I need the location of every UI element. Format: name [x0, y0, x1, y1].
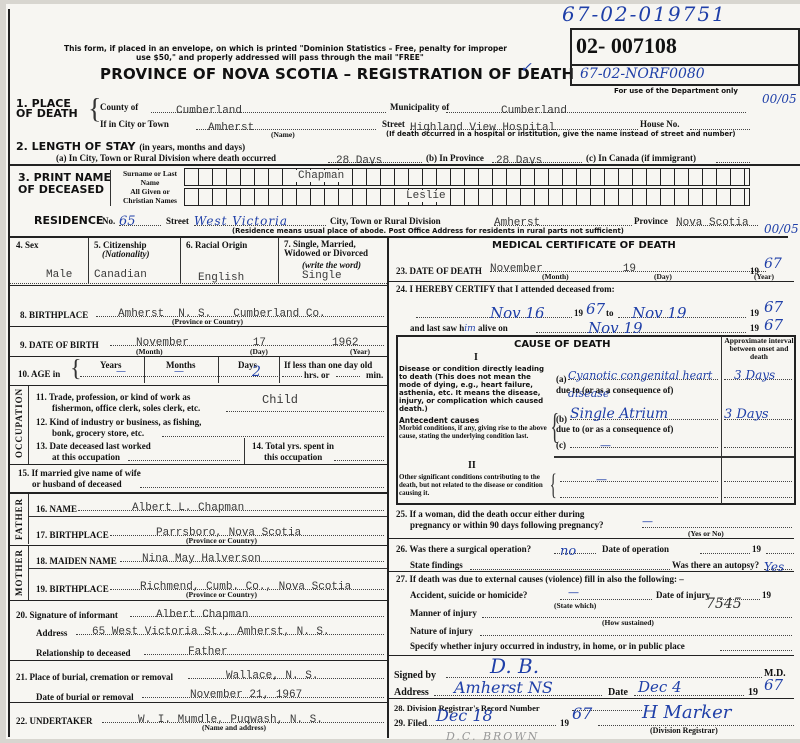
left-border — [8, 9, 10, 737]
attended-to-field[interactable]: Nov 19 — [618, 304, 746, 318]
maiden-name-label: 18. MAIDEN NAME — [36, 556, 117, 566]
q26-autopsy-label: Was there an autopsy? — [672, 560, 759, 570]
divider — [8, 326, 387, 327]
father-name-value: Albert L. Chapman — [132, 502, 244, 514]
q25-sub: pregnancy or within 90 days following pr… — [410, 520, 604, 530]
other-conditions-field-2[interactable] — [560, 488, 718, 498]
filed-year-prefix: 19 — [560, 718, 569, 728]
cause-c-prefix: (c) — [556, 440, 566, 450]
dod-day-caption: (Day) — [654, 272, 672, 281]
dept-number-box: 67-02-NORF0080 — [570, 66, 800, 86]
q27-injury-date-label: Date of injury — [656, 590, 710, 600]
q12-sub: bonk, grocery store, etc. — [52, 428, 144, 438]
stay-a-field[interactable]: 28 Days — [328, 150, 422, 163]
q26-date-field[interactable] — [700, 542, 750, 554]
undertaker-caption: (Name and address) — [202, 723, 266, 732]
q26-year-field[interactable] — [766, 542, 794, 554]
cause-b-interval-field[interactable]: 3 Days — [724, 405, 792, 420]
place-of-death-label: 1. PLACE OF DEATH — [16, 99, 86, 119]
spouse-label: 15. If married give name of wife — [18, 468, 141, 478]
from-year-prefix: 19 — [574, 308, 583, 318]
q29-label: 29. Filed — [394, 718, 427, 728]
cause-b-field[interactable]: Single Atrium — [570, 405, 718, 420]
q14-field[interactable] — [334, 452, 384, 461]
divider — [8, 164, 800, 166]
residence-province-field[interactable]: Nova Scotia — [676, 212, 758, 226]
header-notice-1: This form, if placed in an envelope, on … — [64, 44, 507, 53]
signature-address-field[interactable]: Amherst NS — [434, 682, 602, 696]
informant-address-value: 65 West Victoria St., Amherst, N. S. — [92, 626, 330, 638]
registration-number-box: 02- 007108 — [570, 28, 800, 66]
q27-accident-field[interactable]: — — [560, 588, 652, 600]
cause-a-interval: 3 Days — [734, 368, 775, 382]
divider — [180, 238, 181, 284]
registration-number: 02- 007108 — [576, 33, 677, 59]
burial-date-label: Date of burial or removal — [36, 692, 134, 702]
divider — [110, 170, 111, 206]
min-label: min. — [366, 370, 383, 380]
page-title: PROVINCE OF NOVA SCOTIA – REGISTRATION O… — [100, 65, 574, 83]
divider — [88, 238, 89, 284]
medical-certificate-title: MEDICAL CERTIFICATE OF DEATH — [492, 240, 676, 251]
attended-from-field[interactable]: Nov 16 — [416, 304, 572, 318]
cause-b-interval: 3 Days — [724, 407, 769, 422]
father-name-label: 16. NAME — [36, 504, 77, 514]
cause-of-death-title: CAUSE OF DEATH — [514, 339, 611, 350]
divider — [244, 438, 245, 464]
last-saw-year-prefix: 19 — [750, 323, 759, 333]
signature-date-label: Date — [608, 687, 628, 698]
stamp-text: D.C. BROWN — [446, 730, 539, 743]
age-months-value[interactable]: — — [174, 366, 184, 377]
divider — [8, 660, 387, 661]
residence-street-value: West Victoria — [194, 214, 288, 228]
birthplace-label: 8. BIRTHPLACE — [20, 310, 88, 320]
marital-label: 7. Single, Married, Widowed or Divorced — [284, 240, 384, 258]
q13-label: 13. Date deceased last worked — [36, 441, 151, 451]
divider — [28, 386, 29, 464]
residence-province-value: Nova Scotia — [676, 217, 749, 229]
age-years-value[interactable]: — — [116, 366, 126, 377]
divider — [144, 357, 145, 383]
q26-label: 26. Was there a surgical operation? — [396, 544, 531, 554]
divider — [28, 516, 387, 517]
q27-manner-label: Manner of injury — [410, 608, 477, 618]
marital-value[interactable]: Single — [302, 270, 342, 282]
divider — [279, 357, 280, 383]
maiden-name-field[interactable]: Nina May Halverson — [120, 548, 384, 562]
given-names-boxes[interactable] — [184, 188, 750, 206]
birthplace-caption: (Province or Country) — [172, 317, 243, 326]
divider — [389, 655, 794, 656]
header-notice-2: use $50," and properly addressed will pa… — [136, 53, 424, 62]
cause-c-field[interactable]: — — [570, 436, 718, 448]
relationship-field[interactable]: Father — [144, 641, 384, 655]
cause-b-value: Single Atrium — [570, 406, 668, 422]
informant-label: 20. Signature of informant — [16, 610, 118, 620]
q26-date-label: Date of operation — [602, 544, 669, 554]
signature-address-label: Address — [394, 687, 429, 698]
divider — [28, 546, 29, 600]
signed-by-label: Signed by — [394, 670, 436, 681]
registrar-caption: (Division Registrar) — [650, 726, 718, 735]
city-field[interactable]: Amherst — [196, 117, 376, 130]
citizenship-sub: (Nationality) — [102, 249, 150, 259]
county-label: County of — [100, 102, 138, 112]
spouse-field[interactable] — [140, 479, 384, 488]
father-name-field[interactable]: Albert L. Chapman — [78, 497, 384, 511]
surname-boxes[interactable] — [184, 168, 750, 186]
divider — [8, 464, 387, 465]
surname-value: Chapman — [296, 170, 346, 182]
q13-field[interactable] — [128, 452, 240, 461]
undertaker-field[interactable]: W. I. Mumdle, Puqwash, N. S. — [102, 709, 384, 723]
racial-origin-label: 6. Racial Origin — [186, 240, 247, 250]
father-birthplace-label: 17. BIRTHPLACE — [36, 530, 109, 540]
stay-b-label: (b) In Province — [426, 153, 484, 163]
other-interval-field-2[interactable] — [724, 488, 792, 498]
q27-year-prefix: 19 — [762, 590, 771, 600]
q11-sub: fishermon, office clerk, soles clerk, et… — [52, 403, 200, 413]
divider — [8, 600, 387, 601]
divider — [389, 571, 794, 572]
birthplace-county: Cumberland Co. — [233, 308, 325, 320]
q12-field[interactable] — [162, 427, 384, 437]
mother-side-label: MOTHER — [14, 552, 24, 596]
dod-year[interactable]: 67 — [764, 256, 782, 272]
to-year[interactable]: 67 — [764, 298, 783, 316]
sex-label: 4. Sex — [16, 240, 39, 250]
min-field[interactable] — [336, 376, 360, 377]
q26-year-prefix: 19 — [752, 544, 761, 554]
q27-nature-field[interactable] — [480, 624, 792, 636]
burial-place-field[interactable]: Wallace, N. S. — [188, 665, 384, 679]
divider — [218, 357, 219, 383]
divider — [554, 456, 794, 458]
divider — [8, 236, 788, 238]
burial-place-value: Wallace, N. S. — [226, 670, 318, 682]
other-conditions-label: Other significant conditions contributin… — [399, 473, 549, 497]
divider — [8, 385, 387, 386]
mother-birthplace-field[interactable]: Richmend, Cumb. Co., Nova Scotia — [110, 576, 384, 590]
dod-day: 19 — [623, 263, 636, 275]
residence-label: RESIDENCE — [34, 214, 103, 227]
dod-month: November — [490, 263, 543, 275]
residence-no-label: No. — [102, 216, 115, 226]
name-caption: (Name) — [271, 130, 295, 139]
informant-value: Albert Chapman — [156, 609, 248, 621]
q27-manner-field[interactable] — [482, 606, 792, 618]
birthplace-field[interactable]: Amherst N. S. Cumberland Co. — [96, 303, 384, 317]
dob-day-caption: (Day) — [250, 347, 268, 356]
relationship-label: Relationship to deceased — [36, 648, 131, 658]
q27-nature-label: Nature of injury — [410, 626, 473, 636]
spouse-sub: or husband of deceased — [32, 479, 122, 489]
signature-year-prefix: 19 — [748, 687, 758, 698]
cause-a-prefix: (a) — [556, 374, 567, 384]
relationship-value: Father — [188, 646, 228, 658]
marital-sub: (write the word) — [302, 260, 361, 270]
burial-date-field[interactable]: November 21, 1967 — [142, 684, 384, 698]
sex-value[interactable]: Male — [46, 269, 72, 281]
given-names-label: All Given or Christian Names — [116, 187, 184, 205]
house-no-label: House No. — [640, 119, 680, 129]
divider — [8, 356, 387, 357]
column-divider — [387, 236, 389, 738]
q12-label: 12. Kind of industry or business, as fis… — [36, 417, 201, 427]
residence-province-label: Province — [634, 216, 668, 226]
divider — [389, 698, 794, 699]
q27-specify-label: Specify whether injury occurred in indus… — [410, 641, 685, 651]
municipality-field[interactable]: Cumberland — [446, 100, 746, 113]
street-field[interactable]: Highland View Hospital — [410, 117, 638, 130]
surname-label: Surname or Last Name — [120, 169, 180, 187]
divider — [389, 538, 794, 539]
informant-address-label: Address — [36, 628, 67, 638]
dod-year-caption: (Year) — [754, 272, 774, 281]
institution-note: (If death occurred in a hospital or inst… — [386, 130, 736, 138]
registrar-signature-field[interactable]: H Marker — [598, 714, 794, 726]
last-saw-field[interactable]: Nov 19 — [536, 319, 746, 333]
dod-field[interactable]: November 19 — [490, 258, 766, 272]
q26-findings-field[interactable] — [470, 558, 670, 570]
part-1-label: I — [474, 352, 478, 363]
residence-city-field[interactable]: Amherst — [494, 212, 632, 226]
margin-code-2: 00/05 — [764, 224, 794, 235]
stay-b-field[interactable]: 28 Days — [492, 150, 582, 163]
divider — [721, 336, 722, 504]
residence-city-label: City, Town or Rural Division — [330, 216, 441, 226]
less-than-day-label: If less than one day old — [284, 360, 372, 370]
stay-c-label: (c) In Canada (if immigrant) — [586, 153, 696, 163]
due-to-b: due to (or as a consequence of) — [556, 424, 673, 434]
q26-value: no — [560, 544, 576, 559]
father-side-label: FATHER — [14, 500, 24, 540]
mother-birthplace-caption: (Province or Country) — [186, 590, 257, 599]
q11-value: Child — [262, 393, 298, 407]
signature-date-value: Dec 4 — [638, 678, 682, 696]
mother-birthplace-label: 19. BIRTHPLACE — [36, 584, 109, 594]
residence-street-label: Street — [166, 216, 189, 226]
handwritten-dept-number: 67-02-NORF0080 — [580, 66, 705, 82]
q27-accident-label: Accident, suicide or homicide? — [410, 590, 527, 600]
county-value: Cumberland — [176, 105, 242, 117]
brace: { — [550, 470, 557, 500]
divider — [28, 568, 387, 569]
informant-field[interactable]: Albert Chapman — [130, 604, 384, 617]
street-label: Street — [382, 119, 405, 129]
undertaker-label: 22. UNDERTAKER — [16, 716, 93, 726]
occupation-side-label: OCCUPATION — [14, 392, 24, 458]
other-interval-field-1[interactable] — [724, 470, 792, 482]
q27-specify-field[interactable] — [720, 639, 792, 651]
burial-date-value: November 21, 1967 — [190, 689, 302, 701]
signed-by-field[interactable]: D. B. — [446, 664, 762, 678]
signature-date-field[interactable]: Dec 4 — [634, 682, 744, 696]
city-value: Amherst — [208, 122, 254, 134]
margin-code-1: 00/05 — [762, 94, 792, 105]
age-label: 10. AGE in — [18, 369, 60, 379]
residence-note: (Residence means usual place of abode. P… — [232, 227, 624, 235]
filed-year[interactable]: 67 — [572, 704, 592, 723]
q26-field[interactable]: no — [554, 542, 596, 554]
direct-cause-label: Disease or condition directly leading to… — [399, 365, 549, 413]
municipality-label: Municipality of — [390, 102, 449, 112]
q27-label: 27. If death was due to external causes … — [396, 574, 684, 584]
county-field[interactable]: Cumberland — [151, 100, 386, 113]
divider — [8, 545, 387, 546]
dod-month-caption: (Month) — [542, 272, 569, 281]
stay-a-label: (a) In City, Town or Rural Division wher… — [56, 153, 276, 163]
length-of-stay-label: 2. LENGTH OF STAY (in years, months and … — [16, 140, 245, 153]
filed-date-field[interactable]: Dec 18 — [426, 714, 556, 726]
signature-address-value: Amherst NS — [454, 678, 553, 697]
divider — [8, 285, 387, 286]
divider — [10, 283, 387, 284]
due-to-a: due to (or as a consequence of) — [556, 385, 673, 395]
residence-no-value: 65 — [119, 214, 136, 229]
signature-year[interactable]: 67 — [764, 676, 783, 694]
handwritten-top-number: 67-02-019751 — [562, 2, 727, 26]
q14-label: 14. Total yrs. spent in — [252, 441, 334, 451]
brace: { — [70, 356, 82, 383]
interval-header: Approximate interval between onset and d… — [724, 337, 794, 361]
father-birthplace-field[interactable]: Parrsboro, Nova Scotia — [110, 522, 384, 536]
death-registration-form: This form, if placed in an envelope, on … — [6, 4, 800, 739]
cause-c-interval-field[interactable] — [724, 436, 792, 448]
other-conditions-field-1[interactable]: — — [560, 470, 718, 482]
dob-field[interactable]: November 17 1962 — [110, 332, 384, 346]
city-label: If in City or Town — [100, 119, 169, 129]
dod-label: 23. DATE OF DEATH — [396, 266, 482, 276]
registrar-signature: H Marker — [642, 702, 731, 723]
birthplace-city: Amherst — [118, 308, 164, 320]
divider — [282, 376, 302, 377]
informant-address-field[interactable]: 65 West Victoria St., Amherst, N. S. — [76, 621, 384, 635]
given-names-value: Leslie — [404, 190, 448, 202]
cause-a-interval-field[interactable]: 3 Days — [724, 366, 792, 380]
antecedent-label: Morbid conditions, if any, giving rise t… — [399, 424, 549, 440]
q25-label: 25. If a woman, did the death occur eith… — [396, 509, 584, 519]
father-birthplace-caption: (Province or Country) — [186, 536, 257, 545]
burial-place-label: 21. Place of burial, cremation or remova… — [16, 672, 173, 682]
q25-caption: (Yes or No) — [688, 529, 724, 538]
dob-year-caption: (Year) — [350, 347, 370, 356]
cause-b-prefix: (b) — [556, 414, 567, 424]
dob-label: 9. DATE OF BIRTH — [20, 340, 99, 350]
q27-accident-value: — — [568, 586, 579, 599]
dob-month-caption: (Month) — [136, 347, 163, 356]
last-saw-year[interactable]: 67 — [764, 316, 783, 334]
deceased-name-label: 3. PRINT NAME OF DECEASED — [18, 172, 114, 196]
other-conditions-value: — — [596, 473, 607, 486]
stay-c-field[interactable] — [716, 150, 750, 163]
maiden-name-value: Nina May Halverson — [142, 553, 261, 565]
divider — [278, 238, 279, 284]
municipality-value: Cumberland — [501, 105, 567, 117]
q13-sub: at this occupation — [52, 452, 120, 462]
dept-only-label: For use of the Department only — [614, 87, 738, 95]
certify-label: 24. I HEREBY CERTIFY that I attended dec… — [396, 284, 615, 294]
divider — [8, 702, 387, 703]
residence-no-field[interactable]: 65 — [119, 212, 161, 226]
part-2-label: II — [468, 460, 476, 471]
from-year[interactable]: 67 — [586, 300, 605, 318]
citizenship-value[interactable]: Canadian — [94, 269, 147, 281]
q14-sub: this occupation — [264, 452, 322, 462]
cause-c-value: — — [600, 439, 611, 452]
residence-street-field[interactable]: West Victoria — [194, 212, 326, 226]
q11-field[interactable] — [226, 402, 384, 412]
hrs-label: hrs. or — [304, 370, 330, 380]
age-days-value[interactable]: 2 — [252, 364, 261, 380]
q11-label: 11. Trade, profession, or kind of work a… — [36, 392, 190, 402]
to-year-prefix: 19 — [750, 308, 759, 318]
divider — [8, 492, 387, 494]
q26-findings-label: State findings — [410, 560, 463, 570]
filed-date-value: Dec 18 — [436, 706, 493, 725]
divider — [389, 281, 794, 282]
cause-a-field[interactable]: Cyanotic congenital heart disease — [568, 366, 718, 380]
house-no-field[interactable] — [690, 117, 750, 130]
last-saw-label: and last saw him alive on — [410, 323, 508, 334]
q25-field[interactable]: — — [642, 518, 792, 528]
physician-signature: D. B. — [490, 654, 539, 678]
check-mark: ✓ — [520, 60, 532, 76]
q25-value: — — [642, 515, 653, 528]
to-label: to — [606, 308, 614, 318]
divider — [28, 494, 29, 544]
q26-autopsy-field[interactable]: Yes — [764, 558, 792, 570]
